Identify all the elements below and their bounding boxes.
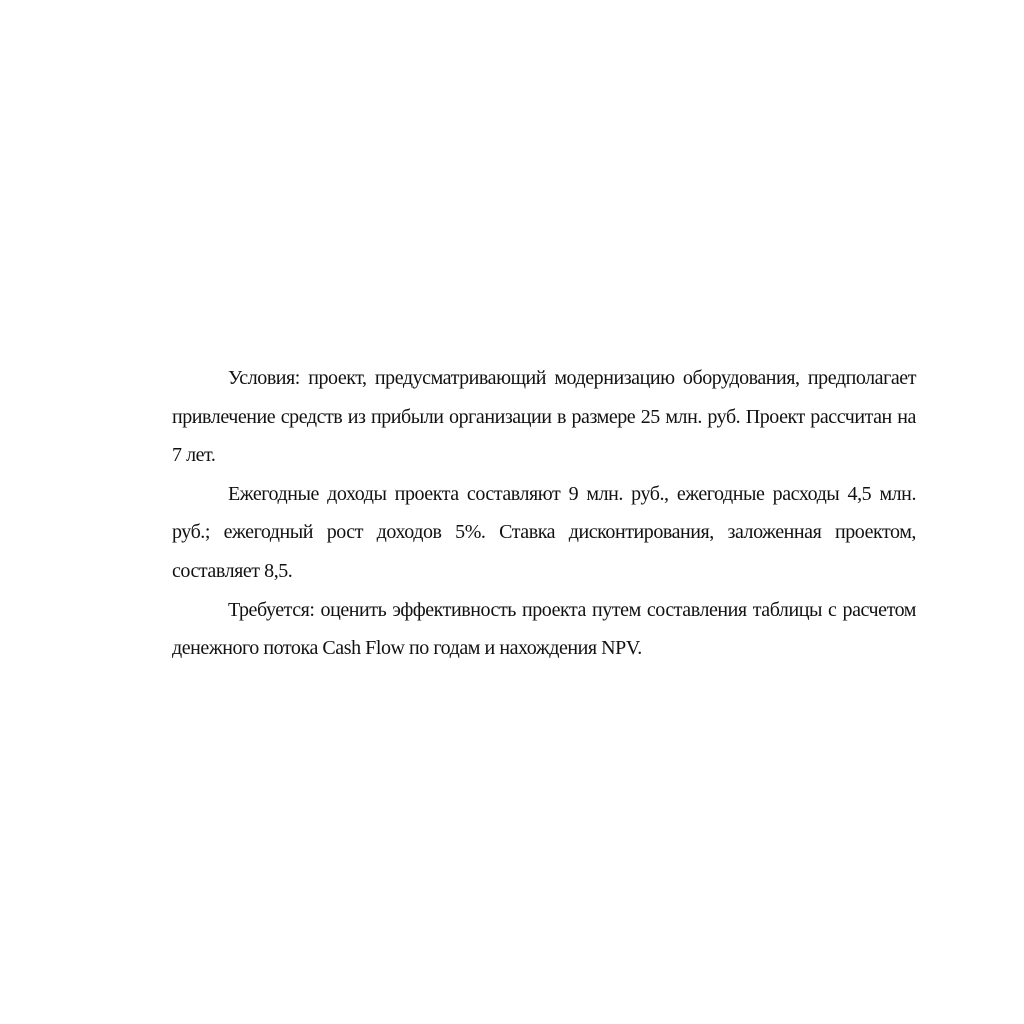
- document-page: Условия: проект, предусматривающий модер…: [0, 0, 1024, 1024]
- paragraph-conditions: Условия: проект, предусматривающий модер…: [172, 359, 916, 475]
- paragraph-requirement: Требуется: оценить эффективность проекта…: [172, 591, 916, 668]
- task-text-block: Условия: проект, предусматривающий модер…: [172, 359, 916, 668]
- paragraph-income-expenses: Ежегодные доходы проекта составляют 9 мл…: [172, 475, 916, 591]
